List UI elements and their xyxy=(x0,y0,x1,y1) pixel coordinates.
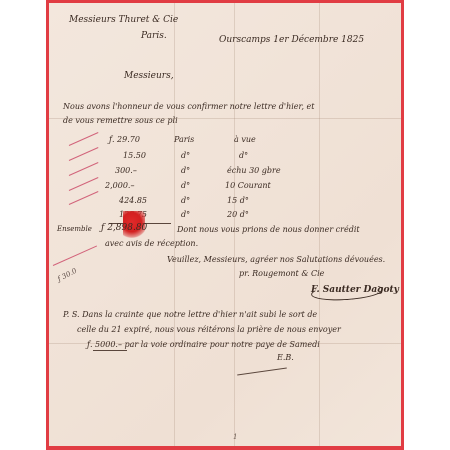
remittance-term: 10 Courant xyxy=(225,181,271,190)
remittance-place: d° xyxy=(181,196,190,205)
remittance-amount: 2,000.– xyxy=(105,181,134,190)
total-label: Ensemble xyxy=(57,225,92,233)
remittance-amount: 424.85 xyxy=(119,196,147,205)
red-check-mark xyxy=(69,132,99,146)
margin-note: ƒ 30.0 xyxy=(56,267,78,284)
addressee-line1: Messieurs Thuret & Cie xyxy=(69,15,178,25)
place-date: Ourscamps 1er Décembre 1825 xyxy=(219,35,364,45)
remittance-term: à vue xyxy=(234,135,256,144)
postscript-line: P. S. Dans la crainte que notre lettre d… xyxy=(63,310,317,319)
remittance-place: d° xyxy=(181,166,190,175)
body-line: Nous avons l'honneur de vous confirmer n… xyxy=(63,102,315,111)
addressee-line2: Paris. xyxy=(141,31,167,41)
remittance-term: d° xyxy=(239,151,248,160)
remittance-place: d° xyxy=(181,151,190,160)
total-amount: ƒ 2,898.80 xyxy=(101,223,147,233)
letter-paper: Messieurs Thuret & Cie Paris. Ourscamps … xyxy=(49,3,401,446)
red-check-mark xyxy=(69,147,99,161)
closing: Veuillez, Messieurs, agréer nos Salutati… xyxy=(167,255,385,264)
red-check-mark xyxy=(69,191,99,205)
postscript-line: ƒ. 5000.– par la voie ordinaire pour not… xyxy=(87,340,320,349)
remittance-term: 15 d° xyxy=(227,196,249,205)
initials-flourish xyxy=(237,368,287,376)
remittance-term: échu 30 gbre xyxy=(227,166,281,175)
remittance-place: d° xyxy=(181,181,190,190)
total-text: Dont nous vous prions de nous donner cré… xyxy=(177,225,360,234)
remittance-amount: ƒ. 29.70 xyxy=(109,135,140,144)
red-margin-line xyxy=(53,246,97,266)
body-line: de vous remettre sous ce pli xyxy=(63,116,178,125)
total-text2: avec avis de réception. xyxy=(105,239,198,248)
red-check-mark xyxy=(69,177,99,191)
red-check-mark xyxy=(69,162,99,176)
remittance-amount: 15.50 xyxy=(123,151,146,160)
page-mark: 1 xyxy=(233,433,237,441)
remittance-place: Paris xyxy=(174,135,194,144)
fold-line xyxy=(174,3,175,446)
remittance-place: d° xyxy=(181,210,190,219)
per-procuration: pr. Rougemont & Cie xyxy=(239,269,324,278)
initials: E.B. xyxy=(277,353,294,362)
postscript-line: celle du 21 expiré, nous vous réitérons … xyxy=(77,325,341,334)
amount-underline xyxy=(93,350,127,351)
remittance-amount: 300.– xyxy=(115,166,137,175)
remittance-term: 20 d° xyxy=(227,210,249,219)
salutation: Messieurs, xyxy=(124,71,174,81)
